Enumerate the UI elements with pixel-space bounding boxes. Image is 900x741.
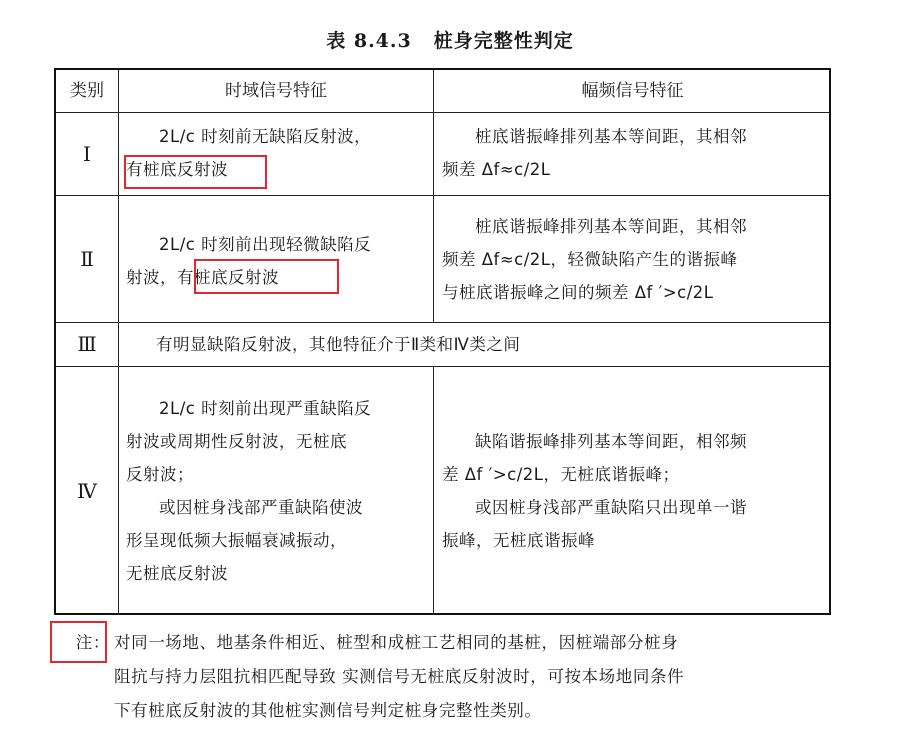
text-line: 桩底谐振峰排列基本等间距，其相邻 — [442, 210, 827, 243]
text-line: 反射波； — [126, 458, 426, 491]
text-line: 桩底谐振峰排列基本等间距，其相邻 — [442, 120, 827, 153]
category-II: Ⅱ — [56, 196, 118, 322]
category-III: Ⅲ — [56, 323, 118, 366]
text-line: 缺陷谐振峰排列基本等间距，相邻频 — [442, 425, 827, 458]
text-line: 2L/c 时刻前无缺陷反射波， — [126, 120, 426, 153]
table-title: 表 8.4.3桩身完整性判定 — [0, 26, 900, 53]
row-divider — [56, 195, 829, 196]
row-II-amplitude-frequency: 桩底谐振峰排列基本等间距，其相邻 频差 Δf≈c/2L，轻微缺陷产生的谐振峰 与… — [442, 210, 827, 309]
text-line: 与桩底谐振峰之间的频差 Δf ′>c/2L — [442, 276, 827, 309]
text-line: 射波或周期性反射波，无桩底 — [126, 425, 426, 458]
text-line: 2L/c 时刻前出现严重缺陷反 — [126, 392, 426, 425]
row-IV-amplitude-frequency: 缺陷谐振峰排列基本等间距，相邻频 差 Δf ′>c/2L，无桩底谐振峰； 或因桩… — [442, 425, 827, 557]
row-IV-time-domain: 2L/c 时刻前出现严重缺陷反 射波或周期性反射波，无桩底 反射波； 或因桩身浅… — [126, 392, 426, 590]
note-line: 阻抗与持力层阻抗相匹配导致 实测信号无桩底反射波时，可按本场地同条件 — [114, 660, 850, 694]
note-line: 对同一场地、地基条件相近、桩型和成桩工艺相同的基桩，因桩端部分桩身 — [114, 626, 850, 660]
text-line: 2L/c 时刻前出现轻微缺陷反 — [126, 228, 426, 261]
highlight-box-row-I — [124, 155, 267, 189]
row-III-merged: 有明显缺陷反射波，其他特征介于Ⅱ类和Ⅳ类之间 — [156, 328, 826, 361]
highlight-box-row-II — [194, 259, 339, 294]
text-line: 振峰，无桩底谐振峰 — [442, 524, 827, 557]
table-title-text: 桩身完整性判定 — [434, 30, 574, 52]
integrity-table: 类别 时域信号特征 幅频信号特征 Ⅰ 2L/c 时刻前无缺陷反射波， 有桩底反射… — [54, 68, 831, 615]
note-label: 注： — [70, 626, 110, 660]
table-number: 表 8.4.3 — [326, 30, 412, 52]
column-divider — [118, 70, 119, 615]
header-category: 类别 — [56, 70, 118, 112]
note-line: 下有桩底反射波的其他桩实测信号判定桩身完整性类别。 — [114, 694, 850, 728]
row-divider — [56, 322, 829, 323]
text-line: 差 Δf ′>c/2L，无桩底谐振峰； — [442, 458, 827, 491]
category-I: Ⅰ — [56, 113, 118, 195]
text-line: 形呈现低频大振幅衰减振动， — [126, 524, 426, 557]
table-note: 注： 对同一场地、地基条件相近、桩型和成桩工艺相同的基桩，因桩端部分桩身 阻抗与… — [70, 626, 850, 728]
column-divider — [433, 366, 434, 615]
text-line: 或因桩身浅部严重缺陷使波 — [126, 491, 426, 524]
row-divider — [56, 112, 829, 113]
category-IV: Ⅳ — [56, 367, 118, 615]
text-line: 或因桩身浅部严重缺陷只出现单一谐 — [442, 491, 827, 524]
row-divider — [56, 366, 829, 367]
header-time-domain: 时域信号特征 — [119, 70, 433, 112]
row-I-amplitude-frequency: 桩底谐振峰排列基本等间距，其相邻 频差 Δf≈c/2L — [442, 120, 827, 186]
header-amplitude-frequency: 幅频信号特征 — [434, 70, 831, 112]
text-fragment: 射波， — [126, 268, 177, 287]
text-line: 频差 Δf≈c/2L — [442, 153, 827, 186]
text-line: 频差 Δf≈c/2L，轻微缺陷产生的谐振峰 — [442, 243, 827, 276]
text-line: 无桩底反射波 — [126, 557, 426, 590]
